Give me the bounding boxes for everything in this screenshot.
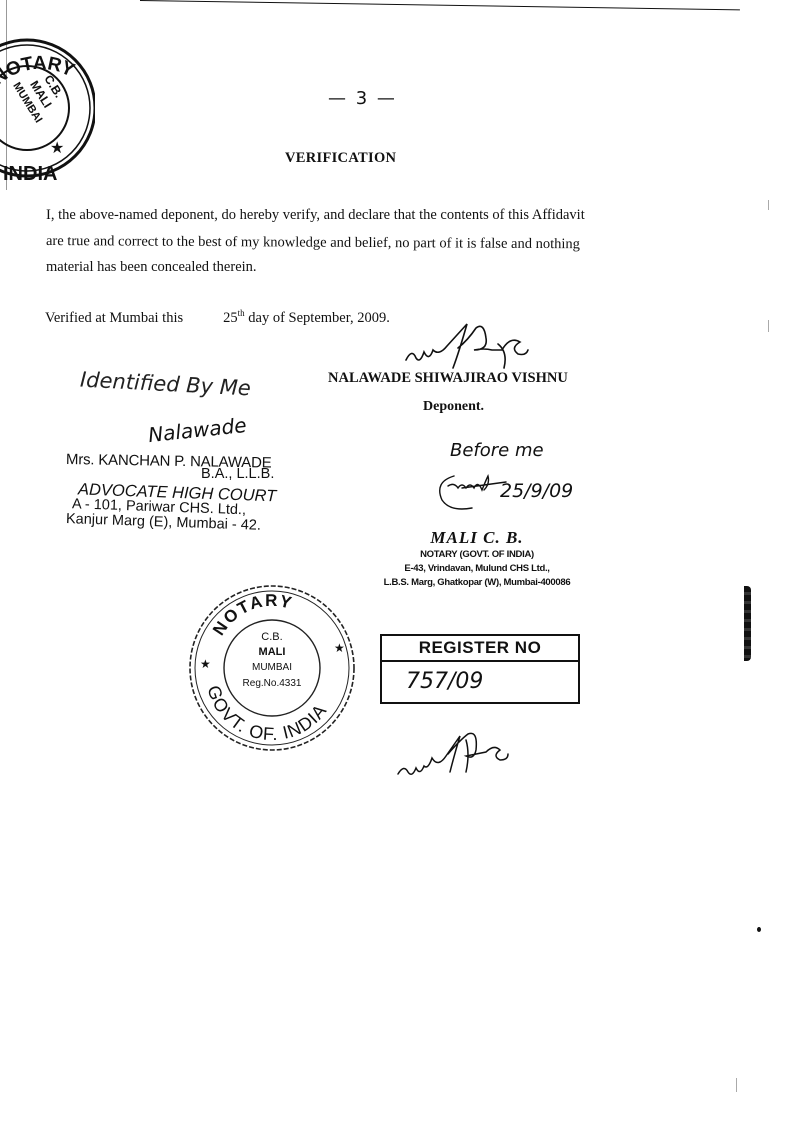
stamp-bottom-text: GOVT. OF. INDIA xyxy=(203,683,331,744)
scan-edge-line xyxy=(140,0,740,10)
register-number-box: REGISTER NO 757/09 xyxy=(380,634,580,704)
paragraph-line: material has been concealed therein. xyxy=(46,254,646,280)
scan-artifact xyxy=(736,1078,737,1092)
notary-address-line2: L.B.S. Marg, Ghatkopar (W), Mumbai-40008… xyxy=(357,576,597,590)
scan-artifact-dot xyxy=(757,927,761,932)
svg-text:★: ★ xyxy=(334,641,345,655)
advocate-stamp: Mrs. KANCHAN P. NALAWADE B.A., L.L.B. AD… xyxy=(66,452,276,527)
notary-address-line1: E-43, Vrindavan, Mulund CHS Ltd., xyxy=(357,562,597,576)
day-suffix: th xyxy=(238,308,245,318)
page-title: VERIFICATION xyxy=(285,150,396,167)
scan-artifact xyxy=(768,320,769,332)
before-me-note: Before me xyxy=(450,440,544,461)
svg-text:MALI: MALI xyxy=(259,646,286,658)
svg-text:★: ★ xyxy=(50,140,64,157)
verification-paragraph: I, the above-named deponent, do hereby v… xyxy=(46,202,646,280)
register-value: 757/09 xyxy=(382,662,578,702)
scan-margin-mark xyxy=(744,586,751,661)
identified-by-note: Identified By Me xyxy=(79,368,251,401)
svg-text:GOVT. OF. INDIA: GOVT. OF. INDIA xyxy=(203,683,331,744)
verified-date: day of September, 2009. xyxy=(248,310,390,326)
svg-text:Reg.No.4331: Reg.No.4331 xyxy=(243,678,302,689)
svg-text:★: ★ xyxy=(200,657,211,671)
svg-text:C.B.: C.B. xyxy=(261,631,282,643)
deponent-signature xyxy=(398,318,558,378)
verified-place: Verified at Mumbai this xyxy=(45,310,183,326)
svg-text:MUMBAI: MUMBAI xyxy=(252,662,292,673)
deponent-signature-bottom xyxy=(392,730,532,785)
notary-stamp-top-left: NOTARY C.B. MALI MUMBAI INDIA ★ xyxy=(0,18,95,188)
paragraph-line: are true and correct to the best of my k… xyxy=(46,228,646,258)
register-header: REGISTER NO xyxy=(382,636,578,662)
notary-stamp-text: MALI C. B. NOTARY (GOVT. OF INDIA) E-43,… xyxy=(357,528,597,590)
notary-date: 25/9/09 xyxy=(500,480,573,502)
notary-name: MALI C. B. xyxy=(357,528,597,548)
verified-day: 25 xyxy=(223,310,238,326)
deponent-name: NALAWADE SHIWAJIRAO VISHNU xyxy=(328,370,568,387)
notary-designation: NOTARY (GOVT. OF INDIA) xyxy=(357,548,597,562)
deponent-label: Deponent. xyxy=(423,399,484,415)
advocate-signature: Nalawade xyxy=(147,413,248,447)
verified-date-line: Verified at Mumbai this25th day of Septe… xyxy=(45,308,390,327)
page-number: — 3 — xyxy=(328,88,397,109)
paragraph-line: I, the above-named deponent, do hereby v… xyxy=(46,202,646,228)
advocate-name: Mrs. KANCHAN P. NALAWADE xyxy=(66,452,277,471)
svg-text:INDIA: INDIA xyxy=(3,163,57,185)
notary-stamp-center: NOTARY GOVT. OF. INDIA C.B. MALI MUMBAI … xyxy=(186,582,358,754)
scan-artifact xyxy=(768,200,769,210)
